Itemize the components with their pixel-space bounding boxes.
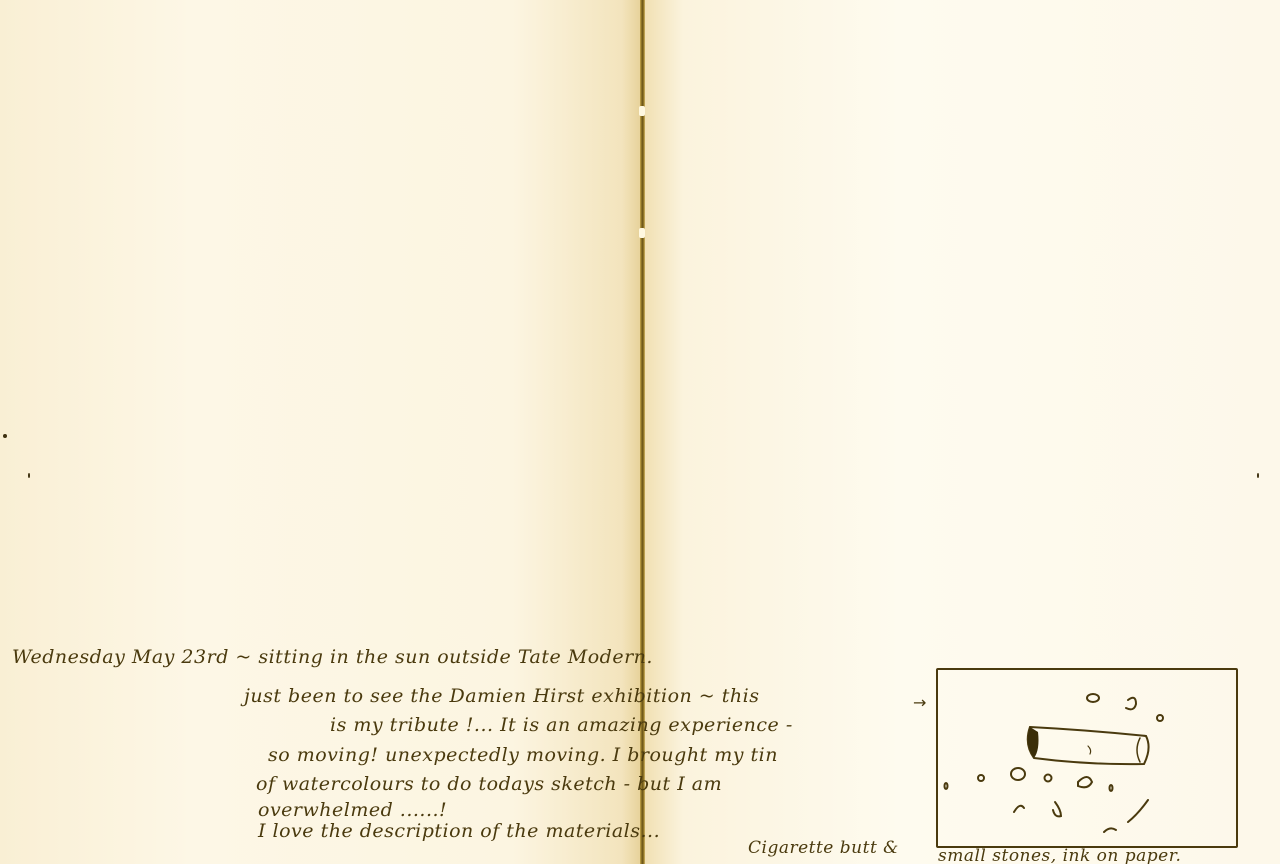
- journal-line-1: Wednesday May 23rd ~ sitting in the sun …: [12, 646, 653, 668]
- journal-line-5: of watercolours to do todays sketch - bu…: [256, 773, 722, 795]
- ink-speck: [28, 473, 30, 478]
- sketchbook-spread: Wednesday May 23rd ~ sitting in the sun …: [0, 0, 1280, 864]
- sketch-caption-line-1: Cigarette butt &: [748, 838, 899, 858]
- ink-speck: [3, 434, 7, 438]
- journal-line-6: overwhelmed ......!: [258, 799, 447, 821]
- binding-stitch: [639, 228, 645, 238]
- sketch-caption-line-2: small stones, ink on paper.: [938, 846, 1181, 864]
- journal-line-4: so moving! unexpectedly moving. I brough…: [268, 744, 778, 766]
- cigarette-and-stones-sketch: [938, 670, 1236, 846]
- journal-line-7: I love the description of the materials.…: [258, 820, 660, 842]
- binding-stitch: [639, 106, 645, 116]
- journal-line-3: is my tribute !... It is an amazing expe…: [330, 714, 793, 736]
- arrow-icon: →: [913, 693, 926, 712]
- journal-line-2: just been to see the Damien Hirst exhibi…: [244, 685, 759, 707]
- ink-sketch-frame: [936, 668, 1238, 848]
- ink-speck: [1257, 473, 1259, 478]
